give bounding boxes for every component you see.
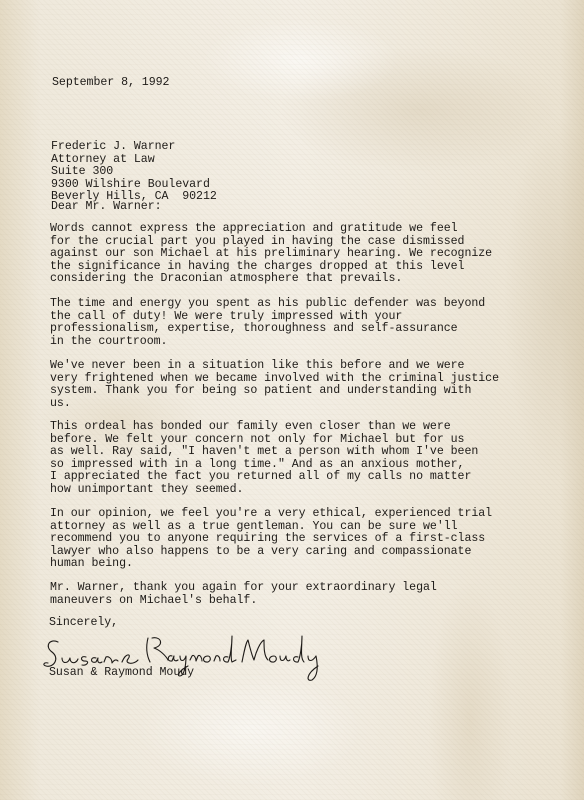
paragraph-line: The time and energy you spent as his pub… xyxy=(50,298,485,311)
paragraph-ordeal: This ordeal has bonded our family even c… xyxy=(50,421,478,497)
paragraph-line: how unimportant they seemed. xyxy=(50,484,478,497)
paragraph-line: professionalism, expertise, thoroughness… xyxy=(50,323,485,336)
recipient-address: Frederic J. Warner Attorney at Law Suite… xyxy=(51,141,217,204)
paragraph-line: considering the Draconian atmosphere tha… xyxy=(50,273,492,286)
paragraph-situation: We've never been in a situation like thi… xyxy=(50,360,499,410)
paragraph-line: recommend you to anyone requiring the se… xyxy=(50,533,492,546)
paragraph-thanks: Mr. Warner, thank you again for your ext… xyxy=(50,582,437,607)
signer-name: Susan & Raymond Moudy xyxy=(49,667,194,680)
paragraph-line: human being. xyxy=(50,558,492,571)
closing: Sincerely, xyxy=(49,617,118,630)
paragraph-line: system. Thank you for being so patient a… xyxy=(50,385,499,398)
paragraph-line: in the courtroom. xyxy=(50,336,485,349)
paragraph-line: Mr. Warner, thank you again for your ext… xyxy=(50,582,437,595)
address-line: Frederic J. Warner xyxy=(51,141,217,154)
salutation: Dear Mr. Warner: xyxy=(51,201,162,214)
paragraph-opinion: In our opinion, we feel you're a very et… xyxy=(50,508,492,571)
paragraph-line: Words cannot express the appreciation an… xyxy=(50,223,492,236)
paragraph-public-defender: The time and energy you spent as his pub… xyxy=(50,298,485,348)
paragraph-appreciation: Words cannot express the appreciation an… xyxy=(50,223,492,286)
paragraph-line: maneuvers on Michael's behalf. xyxy=(50,595,437,608)
paragraph-line: This ordeal has bonded our family even c… xyxy=(50,421,478,434)
address-line: Suite 300 xyxy=(51,166,217,179)
paragraph-line: In our opinion, we feel you're a very et… xyxy=(50,508,492,521)
paragraph-line: us. xyxy=(50,398,499,411)
paragraph-line: as well. Ray said, "I haven't met a pers… xyxy=(50,446,478,459)
paragraph-line: We've never been in a situation like thi… xyxy=(50,360,499,373)
paragraph-line: against our son Michael at his prelimina… xyxy=(50,248,492,261)
letter-date: September 8, 1992 xyxy=(52,77,169,90)
